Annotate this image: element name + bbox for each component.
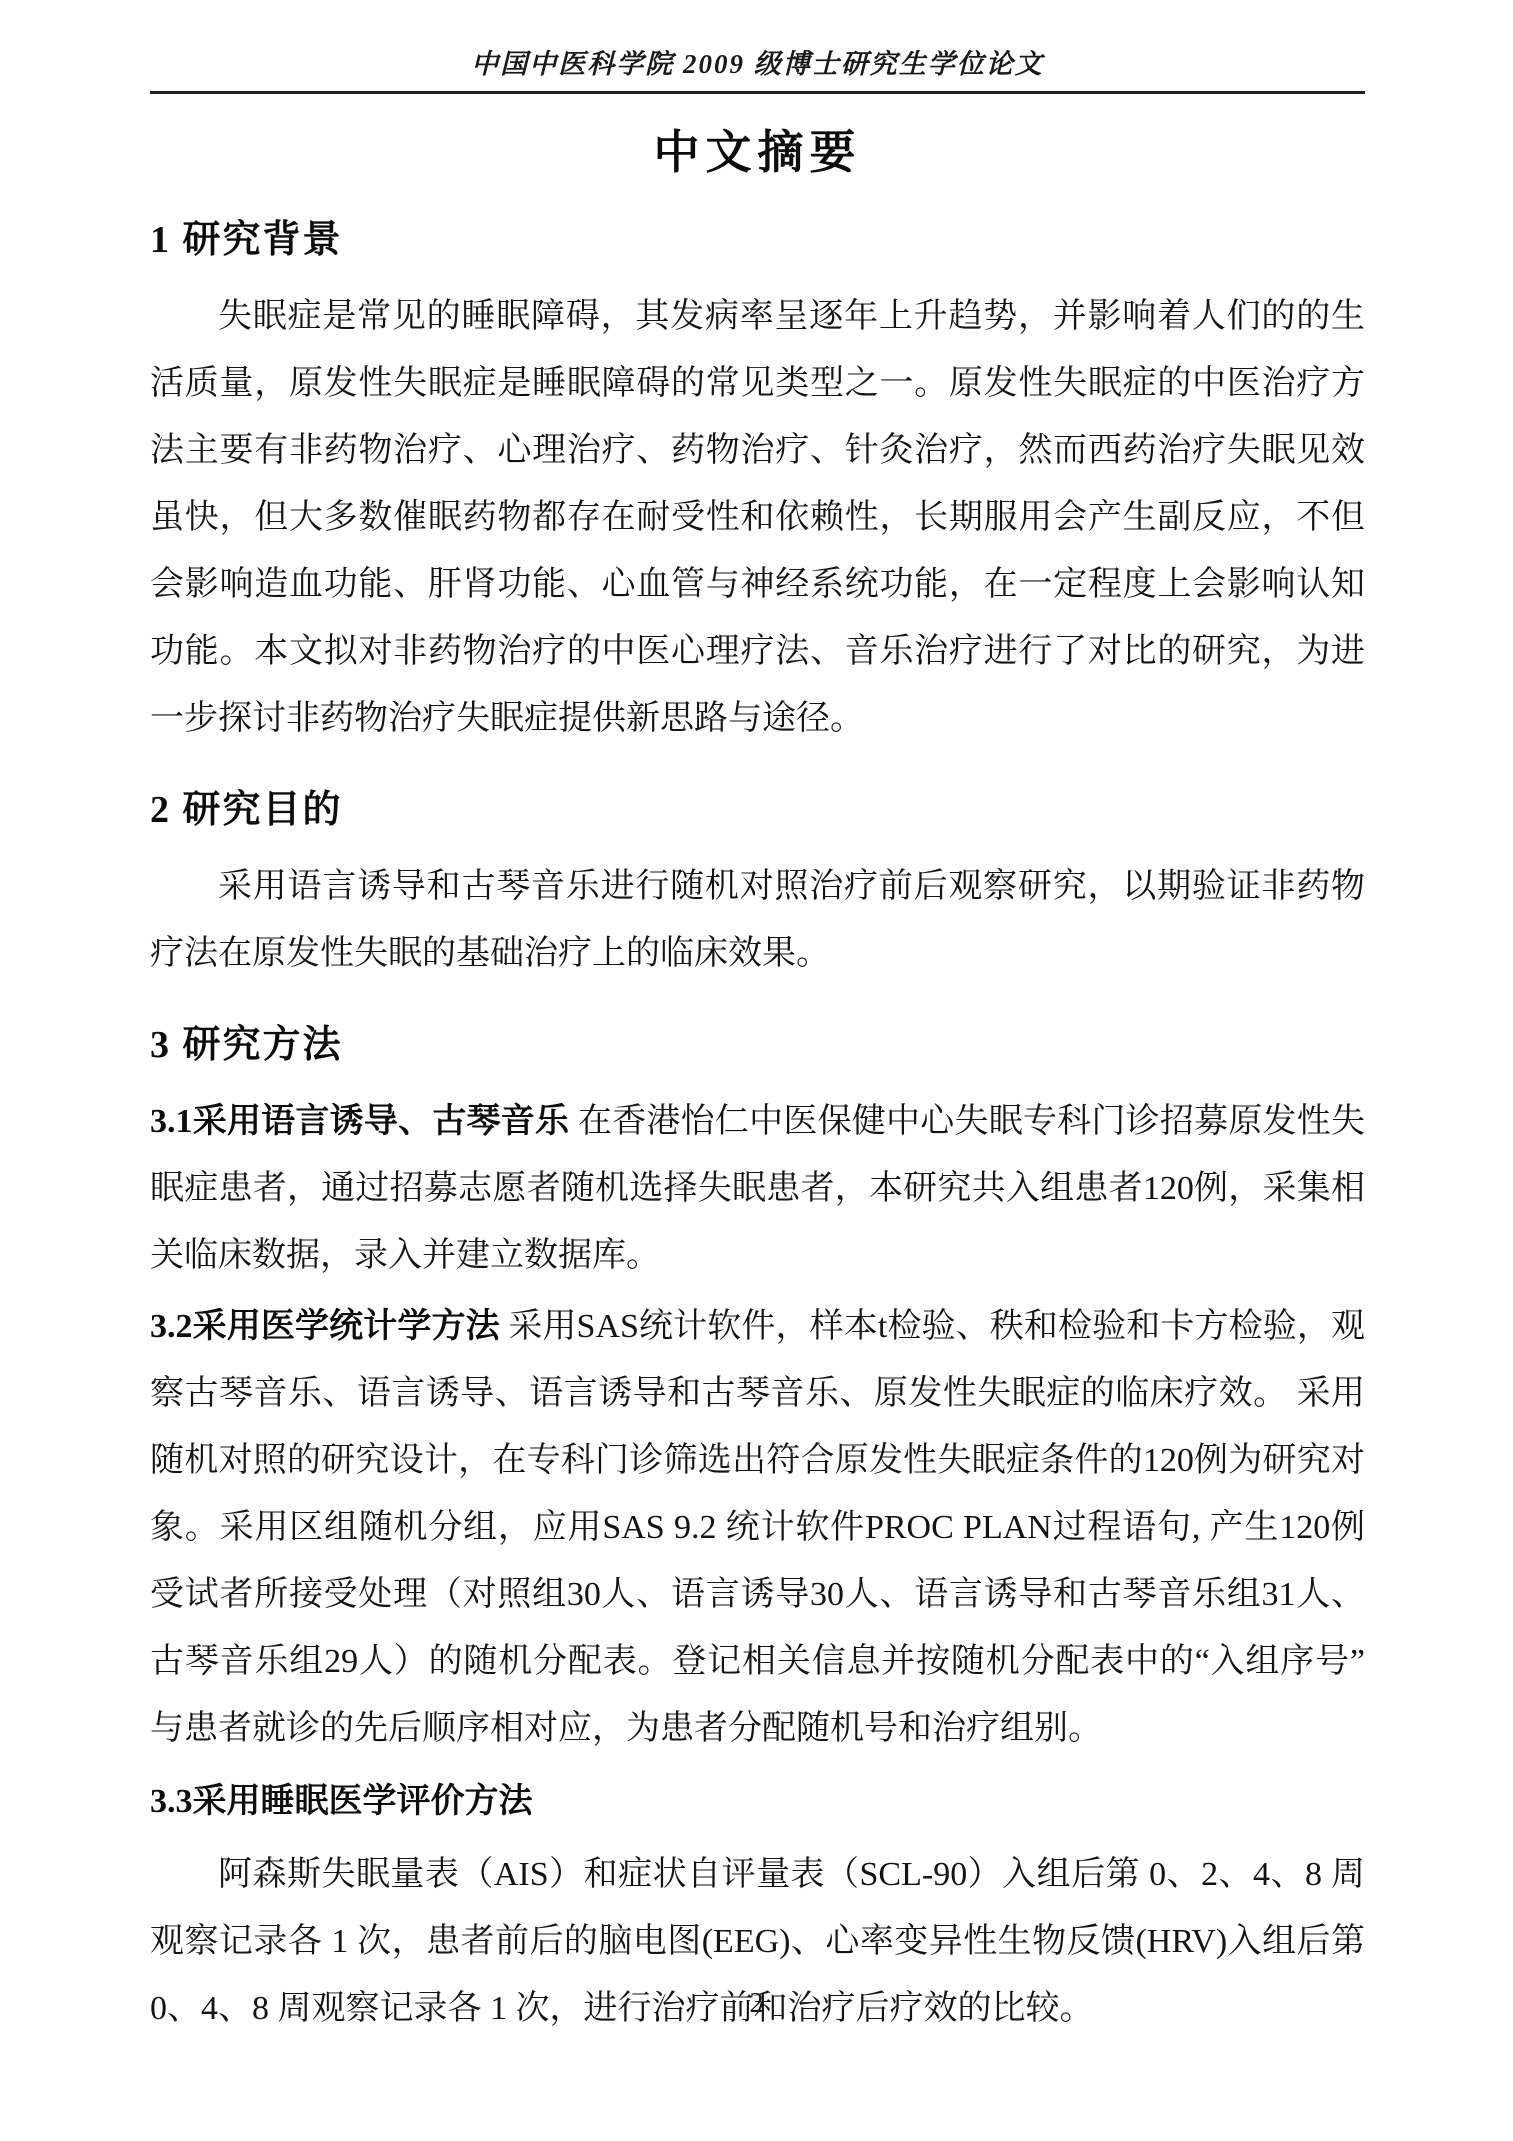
paragraph: 3.1采用语言诱导、古琴音乐 在香港怡仁中医保健中心失眠专科门诊招募原发性失眠症… — [150, 1088, 1365, 1289]
paragraph: 失眠症是常见的睡眠障碍，其发病率呈逐年上升趋势，并影响着人们的的生活质量，原发性… — [150, 283, 1365, 752]
sections: 1 研究背景失眠症是常见的睡眠障碍，其发病率呈逐年上升趋势，并影响着人们的的生活… — [150, 208, 1365, 2042]
paragraph-lead: 3.1采用语言诱导、古琴音乐 — [150, 1103, 569, 1140]
section: 2 研究目的采用语言诱导和古琴音乐进行随机对照治疗前后观察研究，以期验证非药物疗… — [150, 778, 1365, 987]
section-heading: 3 研究方法 — [150, 1013, 1365, 1068]
section: 1 研究背景失眠症是常见的睡眠障碍，其发病率呈逐年上升趋势，并影响着人们的的生活… — [150, 208, 1365, 752]
paragraph-text: 采用语言诱导和古琴音乐进行随机对照治疗前后观察研究，以期验证非药物疗法在原发性失… — [150, 868, 1365, 972]
page-number: 2 — [0, 1988, 1513, 2020]
paragraph: 3.2采用医学统计学方法 采用SAS统计软件，样本t检验、秩和检验和卡方检验，观… — [150, 1293, 1365, 1762]
section-heading: 2 研究目的 — [150, 778, 1365, 833]
paragraph-text: 失眠症是常见的睡眠障碍，其发病率呈逐年上升趋势，并影响着人们的的生活质量，原发性… — [150, 298, 1365, 737]
sub-section-heading: 3.3采用睡眠医学评价方法 — [150, 1768, 1365, 1835]
paragraph-lead: 3.2采用医学统计学方法 — [150, 1308, 500, 1345]
section: 3 研究方法3.1采用语言诱导、古琴音乐 在香港怡仁中医保健中心失眠专科门诊招募… — [150, 1013, 1365, 2042]
paragraph: 采用语言诱导和古琴音乐进行随机对照治疗前后观察研究，以期验证非药物疗法在原发性失… — [150, 853, 1365, 987]
page-title: 中文摘要 — [150, 116, 1365, 182]
page: 中国中医科学院 2009 级博士研究生学位论文 中文摘要 1 研究背景失眠症是常… — [0, 0, 1513, 2141]
document-header: 中国中医科学院 2009 级博士研究生学位论文 — [150, 42, 1365, 91]
section-heading: 1 研究背景 — [150, 208, 1365, 263]
header-rule — [150, 91, 1365, 94]
paragraph-text: 采用SAS统计软件，样本t检验、秩和检验和卡方检验，观察古琴音乐、语言诱导、语言… — [150, 1308, 1365, 1747]
